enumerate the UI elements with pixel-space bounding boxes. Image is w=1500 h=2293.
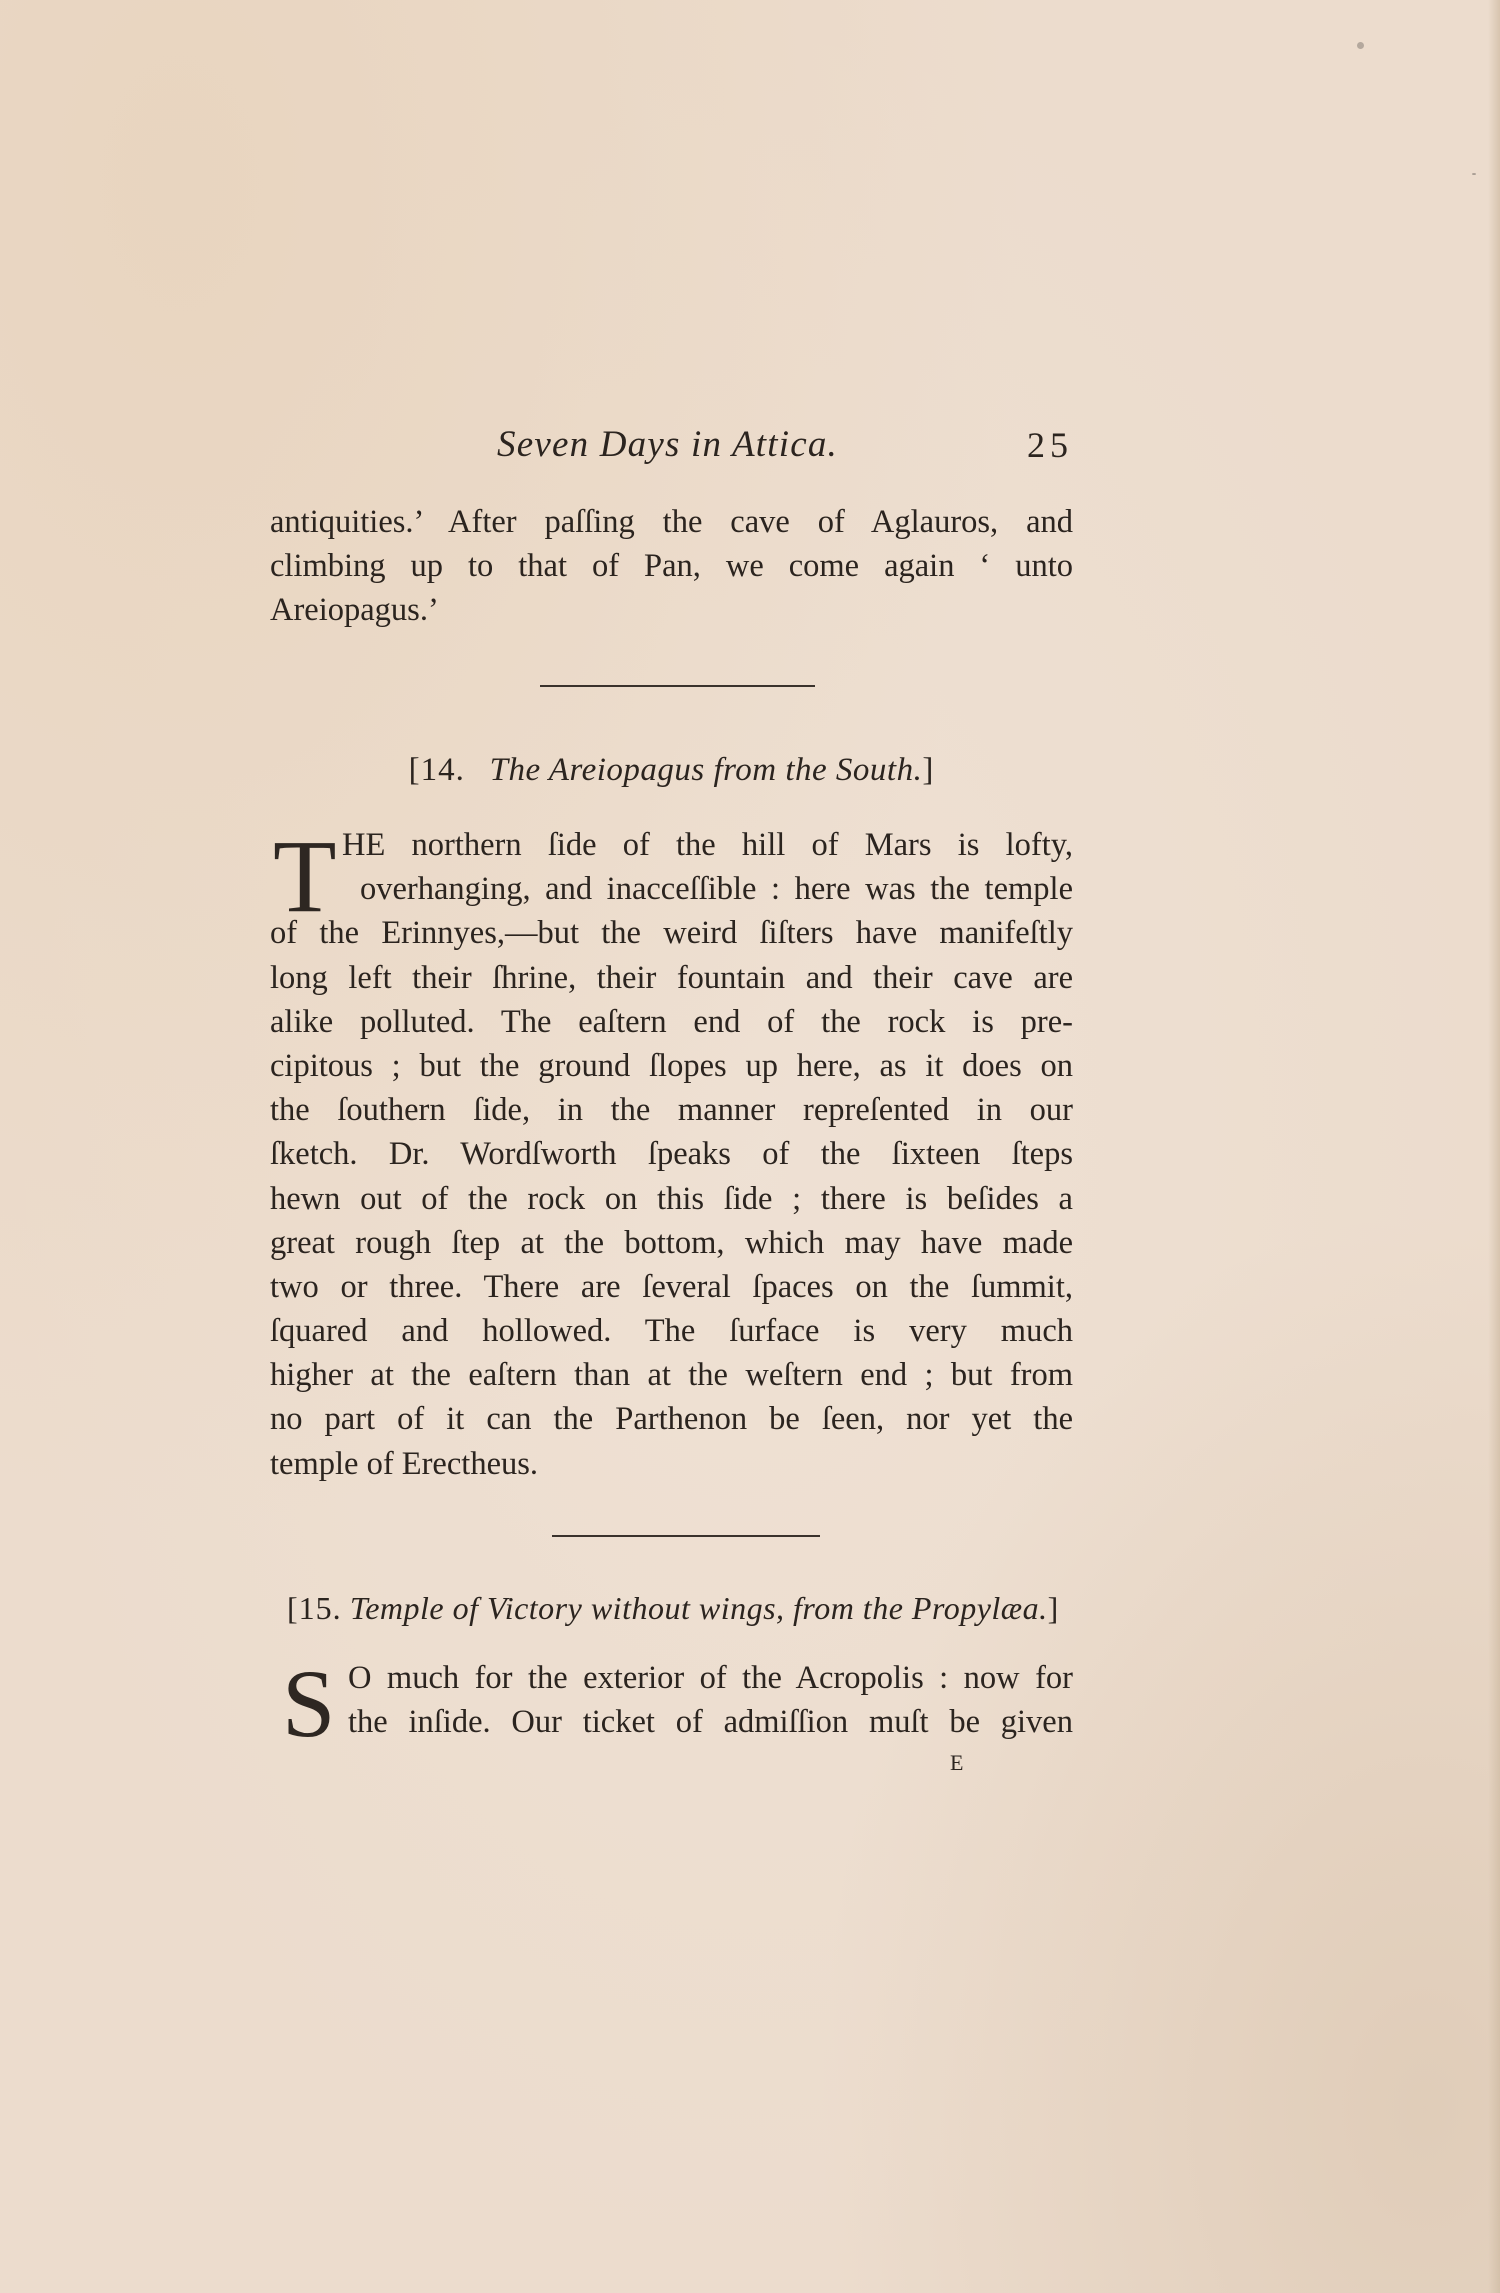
text-line: ſquared and hollowed. The ſurface is ver… [270,1309,1073,1353]
text-line: great rough ſtep at the bottom, which ma… [270,1221,1073,1265]
section-14-paragraph: T HE northern ſide of the hill of Mars i… [270,823,1073,1486]
signature-mark: E [950,1750,964,1776]
text-line-content: HE northern ſide of the hill of Mars is … [342,827,1073,863]
section-number: [15. [287,1590,342,1626]
text-line: overhanging, and inacceſſible : here was… [270,867,1073,911]
section-title: Temple of Victory without wings, from th… [350,1590,1048,1626]
text-line: ſketch. Dr. Wordſworth ſpeaks of the ſix… [270,1132,1073,1176]
section-title: The Areiopagus from the South. [490,752,923,788]
text-line: no part of it can the Parthenon be ſeen,… [270,1397,1073,1441]
text-line: Areiopagus.’ [270,588,1073,632]
text-line: antiquities.’ After paſſing the cave of … [270,500,1073,544]
section-number: [14. [409,752,465,788]
page-number: 25 [1027,420,1073,470]
running-title: Seven Days in Attica. [497,420,838,470]
text-line: long left their ſhrine, their fountain a… [270,956,1073,1000]
text-line: O much for the exterior of the Acropolis… [270,1656,1073,1700]
drop-cap: T [273,825,337,929]
section-15-paragraph: S O much for the exterior of the Acropol… [270,1656,1073,1744]
ink-speck [1472,173,1476,175]
section-heading-14: [14. The Areiopagus from the South.] [270,745,1073,795]
text-line: hewn out of the rock on this ſide ; ther… [270,1177,1073,1221]
running-head: Seven Days in Attica. 25 [270,420,1073,470]
drop-cap: S [282,1656,335,1752]
closing-bracket: ] [1048,1590,1060,1626]
text-line: HE northern ſide of the hill of Mars is … [270,823,1073,867]
section-divider-rule [552,1535,820,1537]
text-line: two or three. There are ſeveral ſpaces o… [270,1265,1073,1309]
text-line: higher at the eaſtern than at the weſter… [270,1353,1073,1397]
text-line: alike polluted. The eaſtern end of the r… [270,1000,1073,1044]
closing-bracket: ] [922,752,934,788]
text-line: of the Erinnyes,—but the weird ſiſters h… [270,911,1073,955]
text-line: the inſide. Our ticket of admiſſion muſt… [270,1700,1073,1744]
text-line: the ſouthern ſide, in the manner repreſe… [270,1088,1073,1132]
text-line: climbing up to that of Pan, we come agai… [270,544,1073,588]
section-heading-15: [15. Temple of Victory without wings, fr… [287,1583,1090,1633]
ink-speck [1357,42,1364,49]
section-divider-rule [540,685,815,687]
text-line: cipitous ; but the ground ſlopes up here… [270,1044,1073,1088]
page-edge-shadow [1488,0,1500,2293]
text-line: temple of Erectheus. [270,1442,1073,1486]
continuation-paragraph: antiquities.’ After paſſing the cave of … [270,500,1073,633]
